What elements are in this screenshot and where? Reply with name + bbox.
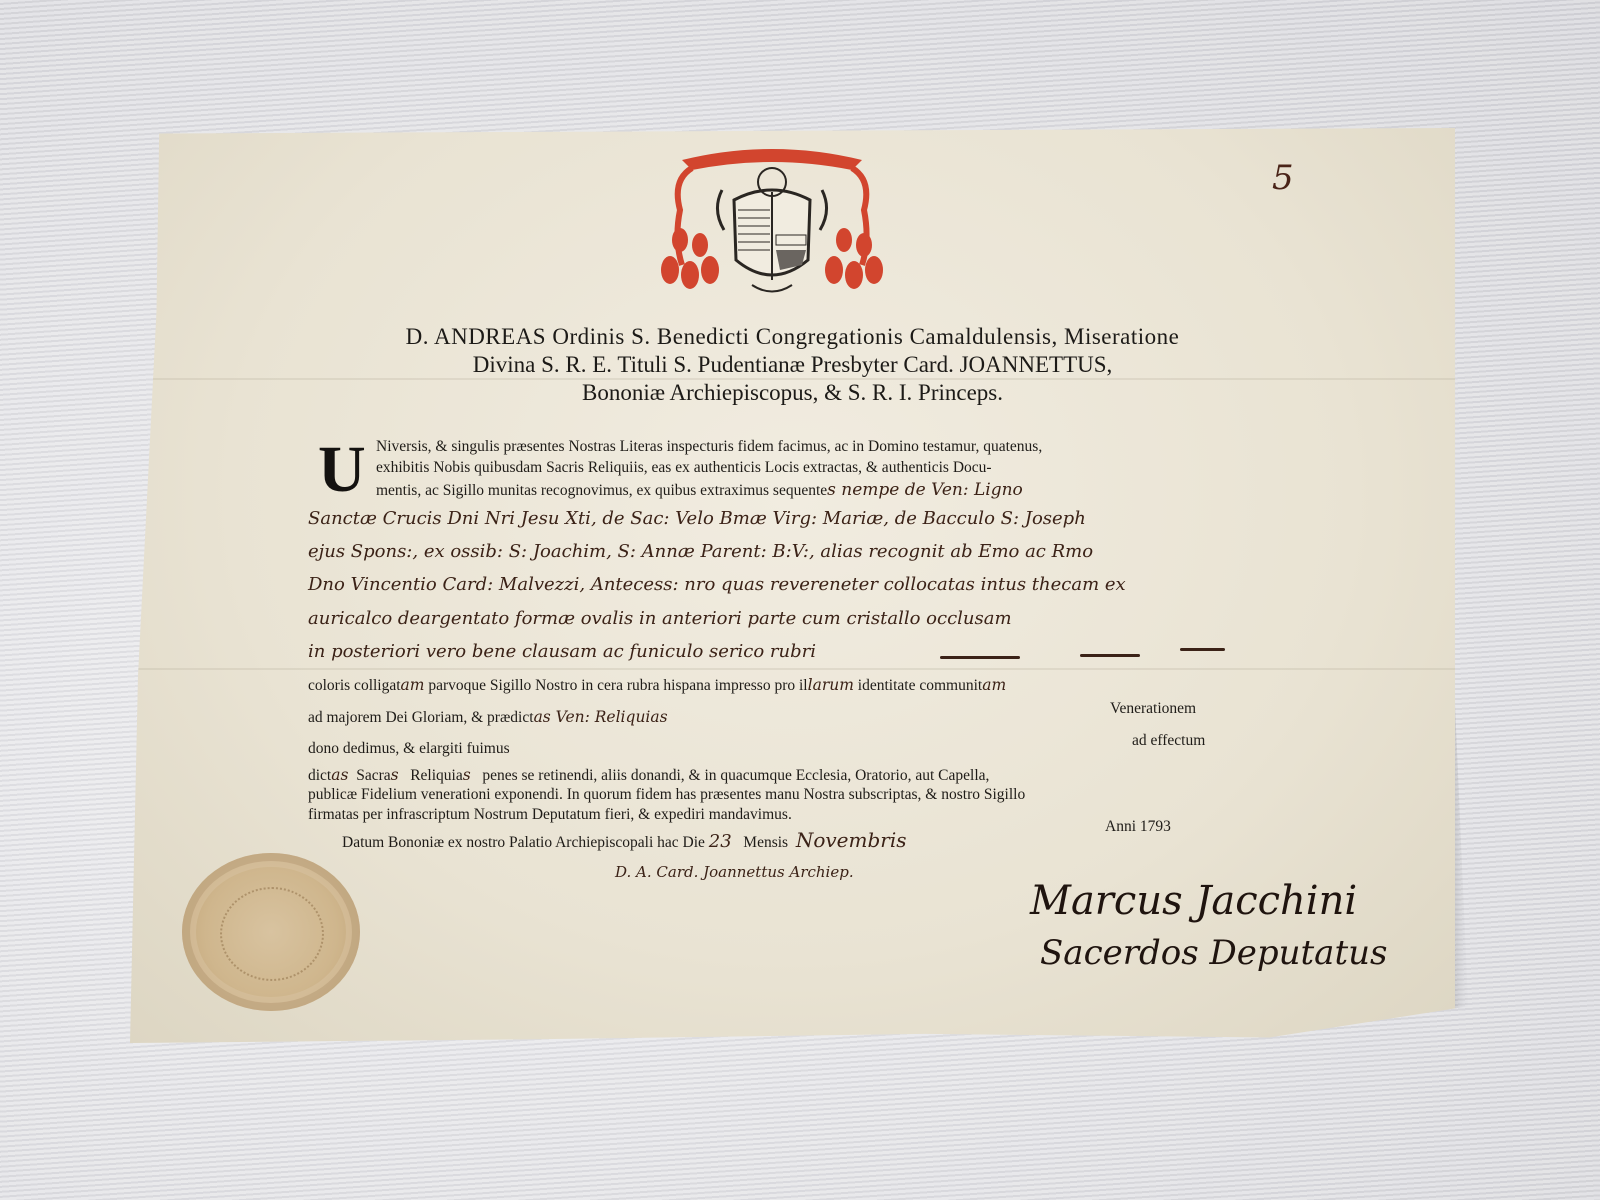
deputy-signature-name: Marcus Jacchini <box>1030 878 1357 924</box>
body-line-dictas: dictas Sacras Reliquias penes se retinen… <box>308 766 989 785</box>
document-header: D. ANDREAS Ordinis S. Benedicti Congrega… <box>130 323 1455 407</box>
body-line-ad-majorem: ad majorem Dei Gloriam, & prædictas Ven:… <box>308 708 668 727</box>
seal-emblem-icon <box>220 887 324 981</box>
body-line-dono: dono dedimus, & elargiti fuimus <box>308 740 510 758</box>
date-year: 1793 <box>1140 818 1171 835</box>
handwritten-line-1: Sanctæ Crucis Dni Nri Jesu Xti, de Sac: … <box>308 508 1086 529</box>
date-month: Novembris <box>796 828 907 852</box>
header-line-3: Bononiæ Archiepiscopus, & S. R. I. Princ… <box>130 379 1455 407</box>
paper-crease <box>130 668 1455 670</box>
header-line-1: D. ANDREAS Ordinis S. Benedicti Congrega… <box>130 323 1455 351</box>
body-line-coloris: coloris colligatam parvoque Sigillo Nost… <box>308 676 1006 695</box>
body-venerationem: Venerationem <box>1110 700 1196 718</box>
fill-dash <box>1180 648 1225 651</box>
intro-line-3: mentis, ac Sigillo munitas recognovimus,… <box>376 480 1023 500</box>
intro-line-2: exhibitis Nobis quibusdam Sacris Reliqui… <box>376 459 992 477</box>
document-sheet: 5 D. ANDREAS Ordinis S. Benedicti Congre… <box>130 128 1455 1043</box>
handwritten-line-2: ejus Spons:, ex ossib: S: Joachim, S: An… <box>308 541 1093 562</box>
body-line-firmatas: firmatas per infrascriptum Nostrum Deput… <box>308 806 792 824</box>
body-line-publicae: publicæ Fidelium venerationi exponendi. … <box>308 786 1025 804</box>
coat-of-arms-icon <box>652 140 892 300</box>
wax-seal <box>182 853 360 1011</box>
header-line-2: Divina S. R. E. Tituli S. Pudentianæ Pre… <box>130 351 1455 379</box>
archbishop-signature: D. A. Card. Joannettus Archiep. <box>615 863 854 881</box>
intro-line-1: Niversis, & singulis præsentes Nostras L… <box>376 438 1042 456</box>
handwritten-line-4: auricalco deargentato formæ ovalis in an… <box>308 608 1012 629</box>
fill-dash <box>940 656 1020 659</box>
page-number: 5 <box>1272 158 1294 198</box>
handwritten-line-5: in posteriori vero bene clausam ac funic… <box>308 641 816 662</box>
deputy-signature-title: Sacerdos Deputatus <box>1040 933 1387 973</box>
date-day: 23 <box>709 831 732 852</box>
drop-cap: U <box>318 438 366 502</box>
body-anni: Anni 1793 <box>1105 818 1171 836</box>
body-line-datum: Datum Bononiæ ex nostro Palatio Archiepi… <box>342 828 907 852</box>
body-ad-effectum: ad effectum <box>1132 732 1205 750</box>
handwritten-line-3: Dno Vincentio Card: Malvezzi, Antecess: … <box>308 574 1126 595</box>
fill-dash <box>1080 654 1140 657</box>
